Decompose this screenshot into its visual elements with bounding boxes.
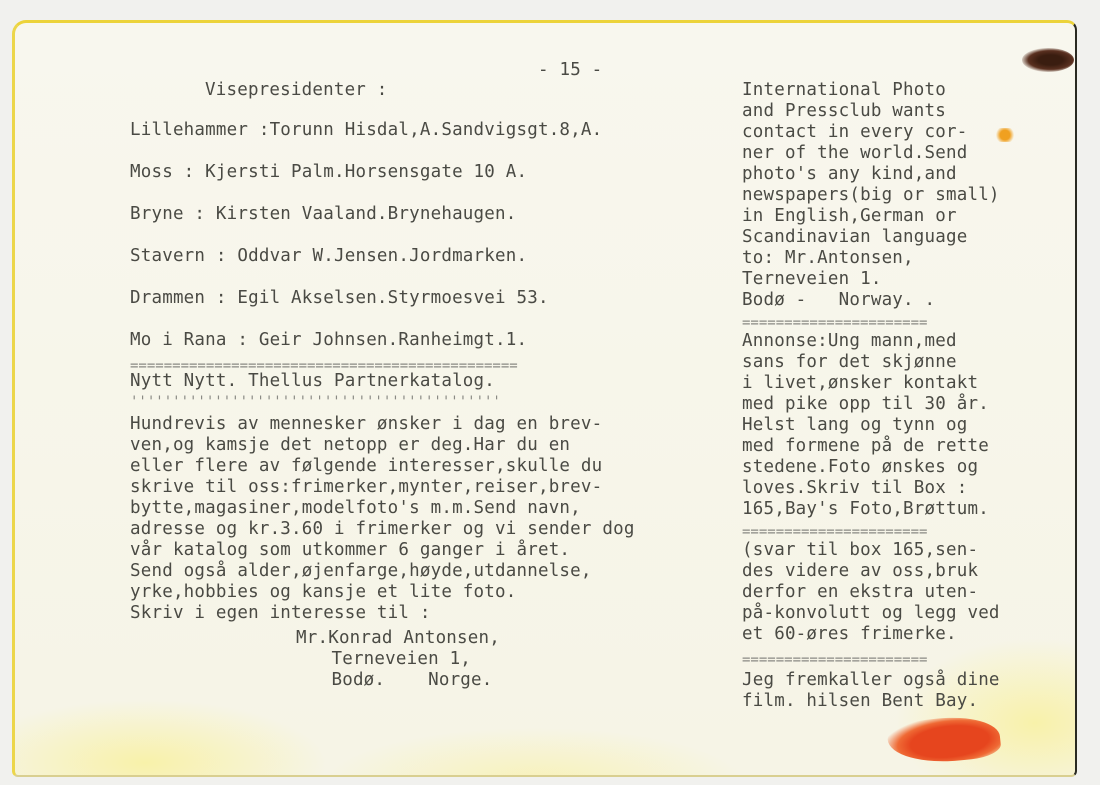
vp-entry-moss: Moss : Kjersti Palm.Horsensgate 10 A. <box>130 162 527 183</box>
body-line: Hundrevis av mennesker ønsker i dag en b… <box>130 414 602 435</box>
vice-presidents-heading: Visepresidenter : <box>205 80 388 101</box>
ink-stain <box>1022 48 1074 72</box>
body-line: bytte,magasiner,modelfoto's m.m.Send nav… <box>130 498 581 519</box>
orange-stain <box>995 128 1015 142</box>
closing-line: Jeg fremkaller også dine <box>742 670 1000 691</box>
ad-line: loves.Skriv til Box : <box>742 478 967 499</box>
ad-line: med formene på de rette <box>742 436 989 457</box>
notice-line: Bodø - Norway. . <box>742 290 935 311</box>
address-line-city: Bodø. Norge. <box>310 670 493 691</box>
vp-entry-mo-i-rana: Mo i Rana : Geir Johnsen.Ranheimgt.1. <box>130 330 527 351</box>
vp-entry-drammen: Drammen : Egil Akselsen.Styrmoesvei 53. <box>130 288 549 309</box>
ad-line: i livet,ønsker kontakt <box>742 373 978 394</box>
vp-entry-bryne: Bryne : Kirsten Vaaland.Brynehaugen. <box>130 204 517 225</box>
notice-line: newspapers(big or small) <box>742 185 1000 206</box>
notice-line: and Pressclub wants <box>742 101 946 122</box>
body-line: Send også alder,øjenfarge,høyde,utdannel… <box>130 561 592 582</box>
ad-line: Helst lang og tynn og <box>742 415 967 436</box>
ad-line: med pike opp til 30 år. <box>742 394 989 415</box>
article-title: Nytt Nytt. Thellus Partnerkatalog. <box>130 371 495 392</box>
ad-line: 165,Bay's Foto,Brøttum. <box>742 499 989 520</box>
closing-line: film. hilsen Bent Bay. <box>742 691 978 712</box>
ad-line: Annonse:Ung mann,med <box>742 331 957 352</box>
body-line: yrke,hobbies og kansje et lite foto. <box>130 582 517 603</box>
ad-line: sans for det skjønne <box>742 352 957 373</box>
body-line: adresse og kr.3.60 i frimerker og vi sen… <box>130 519 635 540</box>
notice-line: contact in every cor- <box>742 122 967 143</box>
body-line: skrive til oss:frimerker,mynter,reiser,b… <box>130 477 602 498</box>
address-line-street: Terneveien 1, <box>310 649 471 670</box>
body-line: vår katalog som utkommer 6 ganger i året… <box>130 540 570 561</box>
notice-line: photo's any kind,and <box>742 164 957 185</box>
notice-line: to: Mr.Antonsen, <box>742 248 914 269</box>
notice-line: International Photo <box>742 80 946 101</box>
reply-line: et 60-øres frimerke. <box>742 624 957 645</box>
address-line-name: Mr.Konrad Antonsen, <box>296 628 500 649</box>
reply-line: (svar til box 165,sen- <box>742 540 978 561</box>
reply-line: på-konvolutt og legg ved <box>742 603 1000 624</box>
vp-entry-lillehammer: Lillehammer :Torunn Hisdal,A.Sandvigsgt.… <box>130 120 602 141</box>
reply-line: derfor en ekstra uten- <box>742 582 978 603</box>
body-line: ven,og kamsje det netopp er deg.Har du e… <box>130 435 570 456</box>
notice-line: in English,German or <box>742 206 957 227</box>
separator-line: ====================== <box>742 650 927 671</box>
notice-line: Scandinavian language <box>742 227 967 248</box>
body-line: eller flere av følgende interesser,skull… <box>130 456 602 477</box>
ad-line: stedene.Foto ønskes og <box>742 457 978 478</box>
title-underline: ''''''''''''''''''''''''''''''''''''''''… <box>130 392 501 413</box>
page-number: - 15 - <box>538 60 602 81</box>
notice-line: Terneveien 1. <box>742 269 882 290</box>
vp-entry-stavern: Stavern : Oddvar W.Jensen.Jordmarken. <box>130 246 527 267</box>
body-line: Skriv i egen interesse til : <box>130 603 431 624</box>
reply-line: des videre av oss,bruk <box>742 561 978 582</box>
notice-line: ner of the world.Send <box>742 143 967 164</box>
